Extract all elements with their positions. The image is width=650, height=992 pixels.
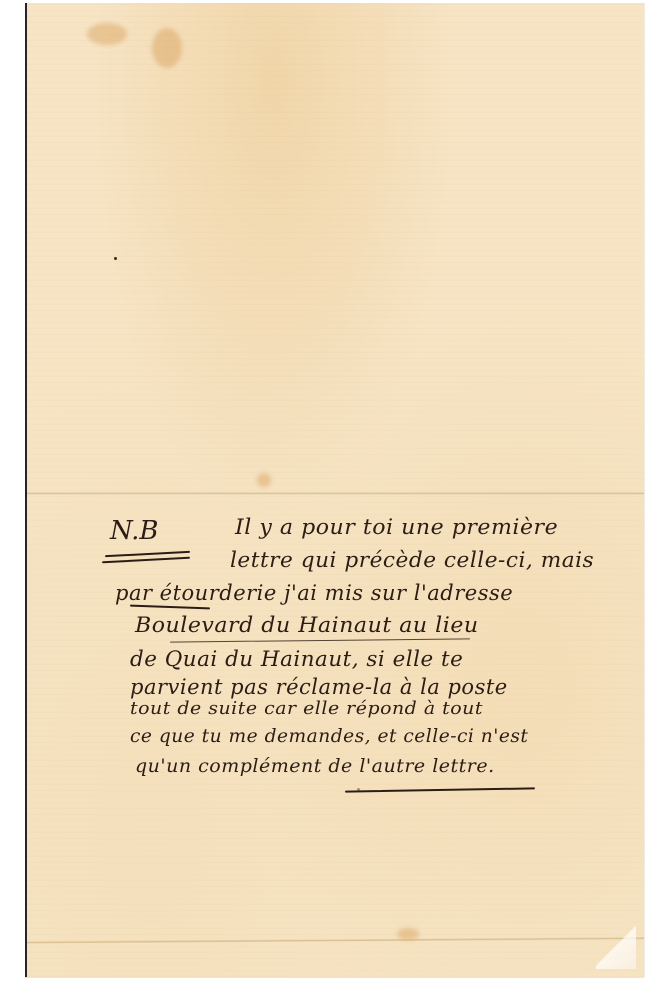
nb-heading: N.B [110,516,158,546]
letter-sheet [25,3,644,977]
foxing-stain [152,28,182,68]
fold-crease-bottom [27,937,644,944]
letter-line: parvient pas réclame-la à la poste [130,675,508,699]
letter-line: tout de suite car elle répond à tout [130,698,483,719]
letter-line: Boulevard du Hainaut au lieu [135,613,479,637]
foxing-stain [397,928,419,940]
foxing-stain [87,23,127,45]
letter-line: ce que tu me demandes, et celle-ci n'est [130,725,528,747]
letter-line: par étourderie j'ai mis sur l'adresse [115,581,513,605]
ink-dot [114,257,117,260]
letter-line: Il y a pour toi une première [235,515,558,539]
foxing-stain [257,473,271,487]
letter-line: lettre qui précède celle-ci, mais [230,548,594,572]
corner-crease [596,924,636,969]
letter-line: qu'un complément de l'autre lettre. [135,755,495,777]
fold-crease-middle [27,492,644,495]
letter-line: de Quai du Hainaut, si elle te [130,647,463,671]
